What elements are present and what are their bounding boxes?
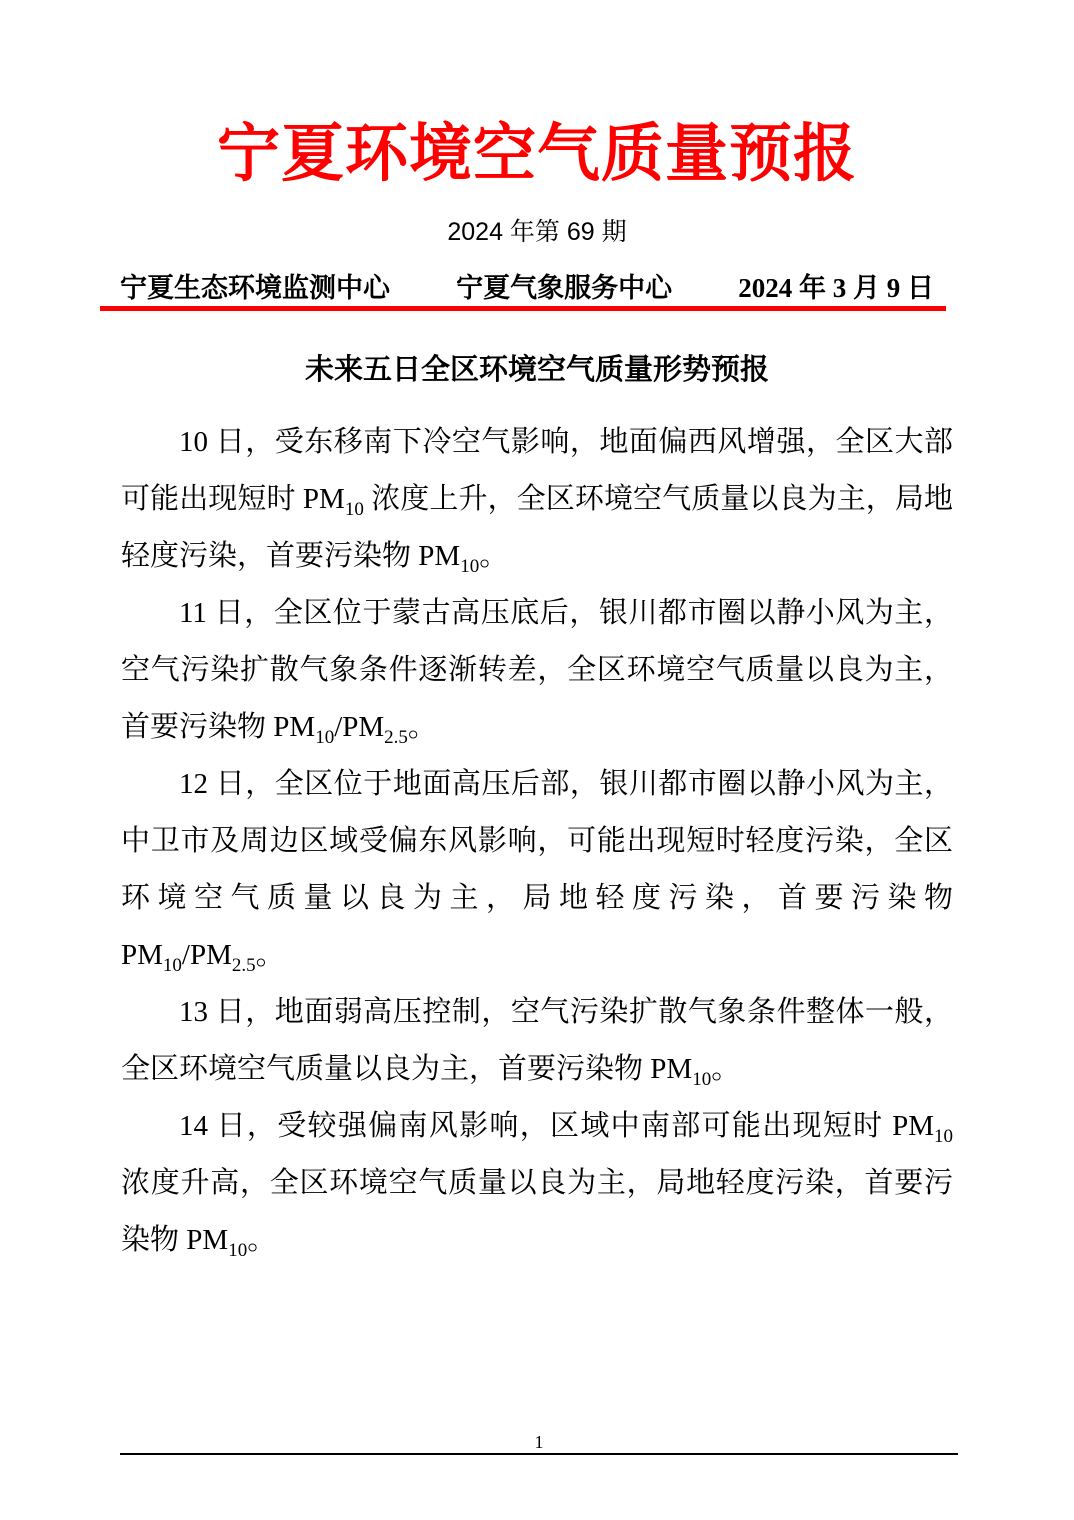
forecast-paragraph: 13 日，地面弱高压控制，空气污染扩散气象条件整体一般，全区环境空气质量以良为主… (121, 984, 953, 1098)
masthead-row: 宁夏生态环境监测中心 宁夏气象服务中心 2024 年 3 月 9 日 (120, 274, 934, 304)
pollutant-subscript: 10 (934, 1126, 953, 1147)
pollutant-subscript: 2.5 (384, 727, 408, 748)
text-run: 13 日，地面弱高压控制，空气污染扩散气象条件整体一般，全区环境空气质量以良为主… (121, 996, 953, 1085)
text-run: 11 日，全区位于蒙古高压底后，银川都市圈以静小风为主，空气污染扩散气象条件逐渐… (121, 597, 953, 743)
forecast-paragraphs: 10 日，受东移南下冷空气影响，地面偏西风增强，全区大部可能出现短时 PM10 … (121, 414, 953, 1269)
text-run: 。 (256, 939, 285, 971)
issue-date: 2024 年 3 月 9 日 (738, 274, 934, 304)
text-run: PM (121, 939, 163, 971)
text-run: PM (303, 483, 345, 515)
page-number: 1 (120, 1433, 958, 1451)
issuing-org-monitoring-center: 宁夏生态环境监测中心 (120, 274, 390, 304)
pollutant-subscript: 10 (228, 1240, 247, 1261)
page-footer: 1 (120, 1433, 958, 1455)
pollutant-subscript: 10 (345, 499, 364, 520)
pollutant-subscript: 10 (163, 955, 182, 976)
issue-number: 2024 年第 69 期 (0, 217, 1074, 247)
text-run: PM (186, 1224, 228, 1256)
text-run: 14 日，受较强偏南风影响，区域中南部可能出现短时 (179, 1110, 892, 1142)
text-run: PM (342, 711, 384, 743)
text-run: / (182, 939, 190, 971)
text-run: 。 (711, 1053, 740, 1085)
pollutant-subscript: 10 (315, 727, 334, 748)
section-title: 未来五日全区环境空气质量形势预报 (0, 353, 1074, 388)
forecast-paragraph: 10 日，受东移南下冷空气影响，地面偏西风增强，全区大部可能出现短时 PM10 … (121, 414, 953, 585)
text-run: 12 日，全区位于地面高压后部，银川都市圈以静小风为主，中卫市及周边区域受偏东风… (121, 768, 953, 914)
document-page: 宁夏环境空气质量预报 2024 年第 69 期 宁夏生态环境监测中心 宁夏气象服… (0, 0, 1074, 1520)
document-title: 宁夏环境空气质量预报 (0, 0, 1074, 189)
text-run: 。 (479, 540, 508, 572)
red-divider-line (100, 306, 946, 311)
forecast-paragraph: 14 日，受较强偏南风影响，区域中南部可能出现短时 PM10 浓度升高，全区环境… (121, 1098, 953, 1269)
text-run: PM (273, 711, 315, 743)
pollutant-subscript: 10 (692, 1069, 711, 1090)
text-run: 。 (408, 711, 437, 743)
forecast-paragraph: 11 日，全区位于蒙古高压底后，银川都市圈以静小风为主，空气污染扩散气象条件逐渐… (121, 585, 953, 756)
issuing-org-weather-service: 宁夏气象服务中心 (456, 274, 672, 304)
text-run: PM (418, 540, 460, 572)
footer-divider-line (120, 1453, 958, 1455)
text-run: PM (190, 939, 232, 971)
text-run: PM (650, 1053, 692, 1085)
pollutant-subscript: 10 (460, 556, 479, 577)
text-run: PM (892, 1110, 934, 1142)
forecast-paragraph: 12 日，全区位于地面高压后部，银川都市圈以静小风为主，中卫市及周边区域受偏东风… (121, 756, 953, 984)
text-run: 。 (247, 1224, 276, 1256)
pollutant-subscript: 2.5 (232, 955, 256, 976)
